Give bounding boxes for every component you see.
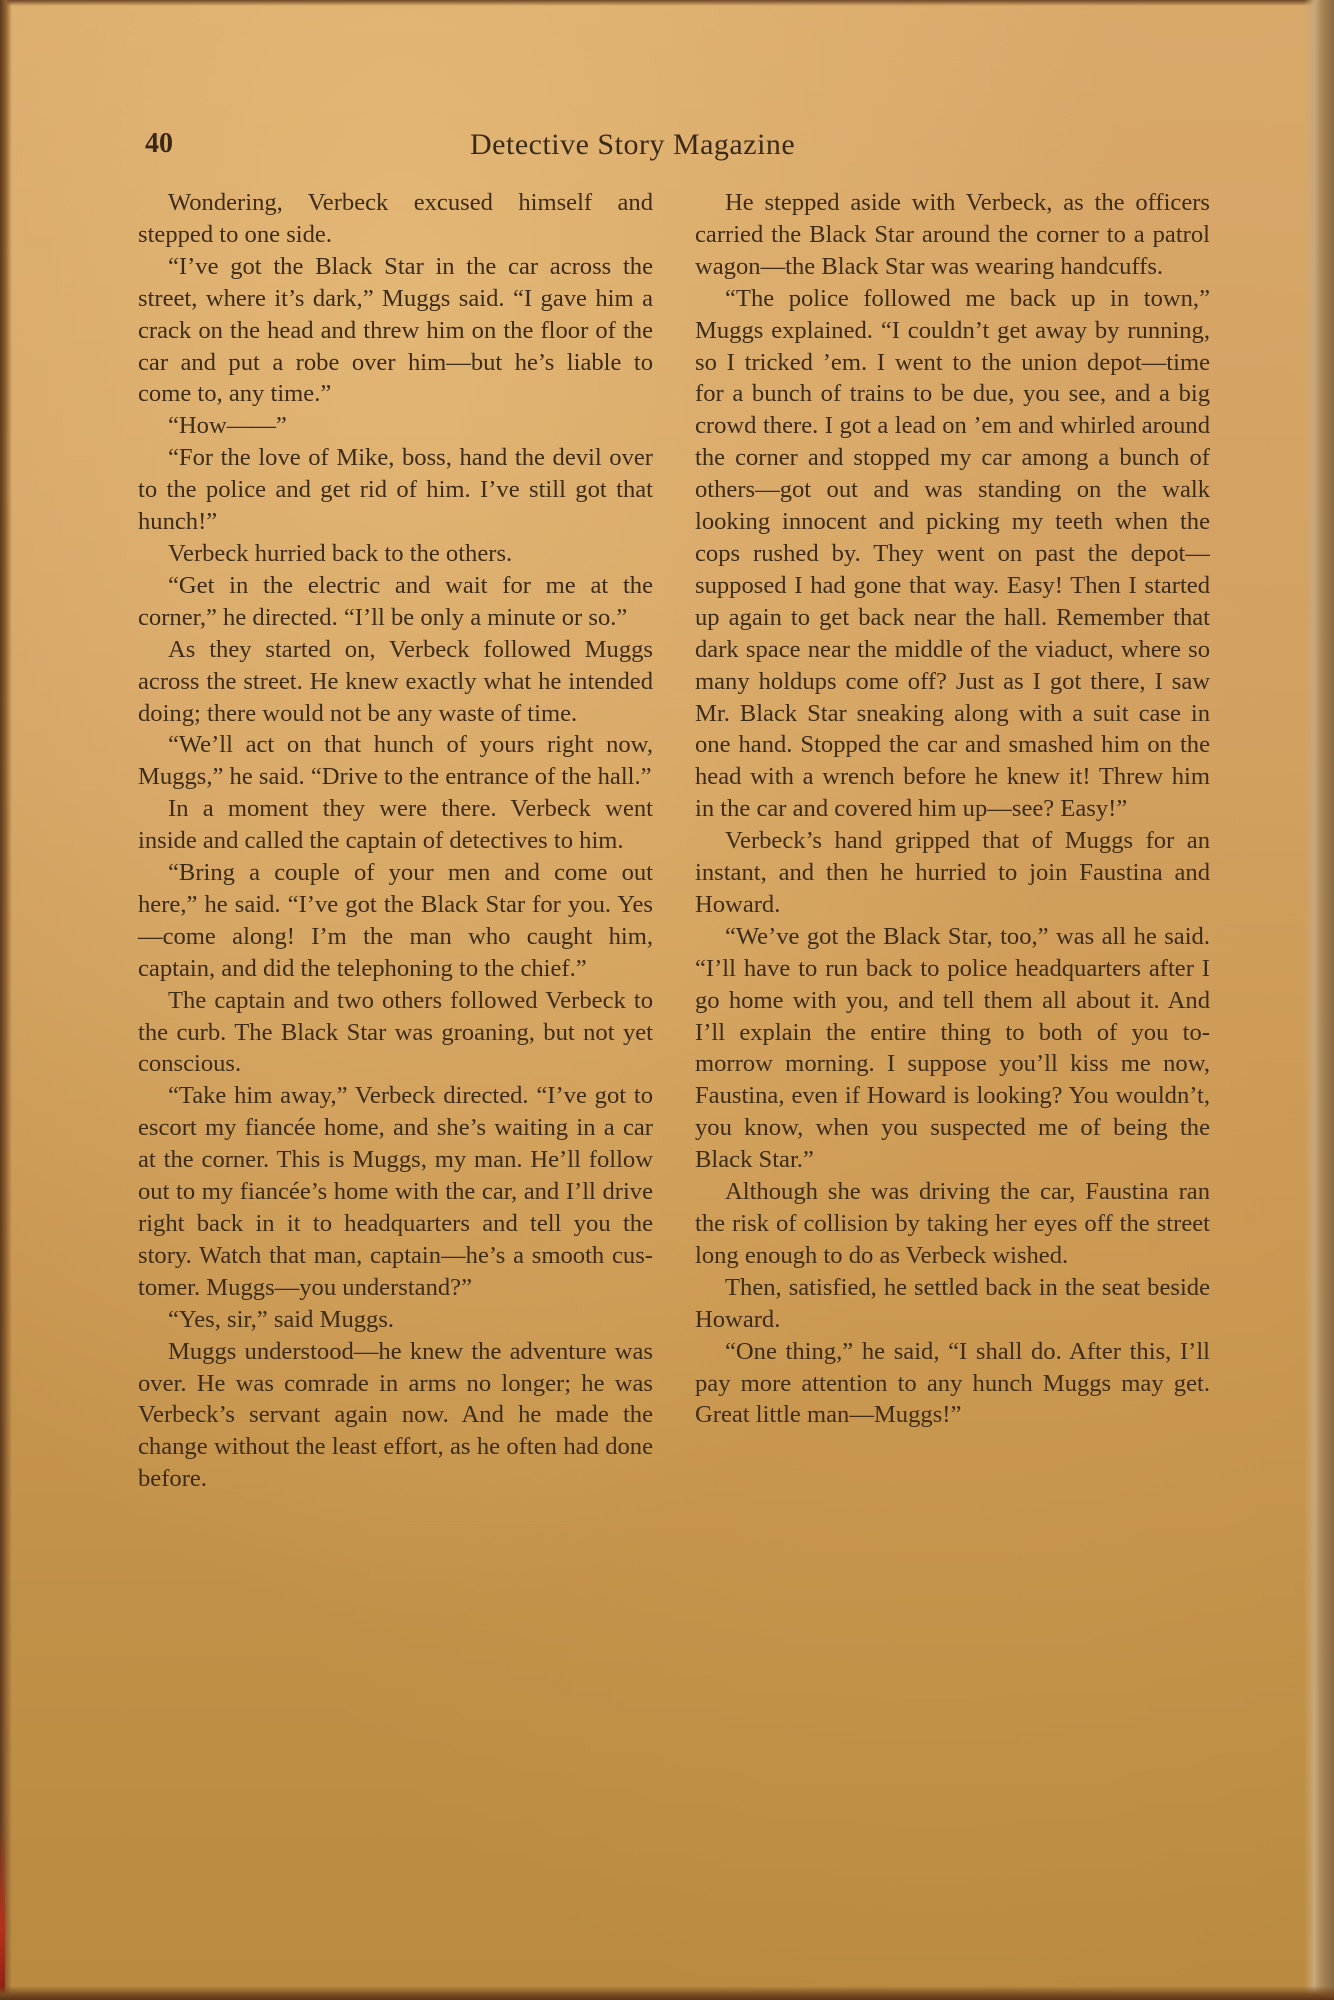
paragraph: In a moment they were there. Ver­beck we…: [138, 793, 653, 857]
paragraph: Although she was driving the car, Fausti…: [695, 1176, 1210, 1272]
text-column-right: He stepped aside with Verbeck, as the of…: [695, 187, 1210, 1431]
page-edge-top: [0, 0, 1334, 6]
paragraph: “Yes, sir,” said Muggs.: [138, 1304, 653, 1336]
paragraph: Verbeck hurried back to the others.: [138, 538, 653, 570]
paragraph: The captain and two others followed Verb…: [138, 985, 653, 1081]
paragraph: “We’ve got the Black Star, too,” was all…: [695, 921, 1210, 1176]
paragraph: As they started on, Verbeck fol­lowed Mu…: [138, 634, 653, 730]
paragraph: “Bring a couple of your men and come out…: [138, 857, 653, 985]
paragraph: “Take him away,” Verbeck directed. “I’ve…: [138, 1080, 653, 1303]
text-column-left: Wondering, Verbeck excused him­self and …: [138, 187, 653, 1495]
page-number: 40: [145, 128, 173, 160]
paragraph: He stepped aside with Verbeck, as the of…: [695, 187, 1210, 283]
running-title: Detective Story Magazine: [470, 128, 795, 162]
paragraph: “One thing,” he said, “I shall do. After…: [695, 1336, 1210, 1432]
page-edge-right: [1304, 0, 1334, 2000]
page-edge-left: [0, 0, 12, 2000]
paragraph: “How——”: [138, 410, 653, 442]
paragraph: “The police followed me back up in town,…: [695, 283, 1210, 825]
paragraph: “I’ve got the Black Star in the car acro…: [138, 251, 653, 411]
paragraph: Muggs understood—he knew the ad­venture …: [138, 1336, 653, 1496]
page-edge-stain: [0, 1820, 5, 2000]
magazine-page: 40 Detective Story Magazine Wondering, V…: [0, 0, 1334, 2000]
paragraph: “We’ll act on that hunch of yours right …: [138, 729, 653, 793]
paragraph: Verbeck’s hand gripped that of Muggs for…: [695, 825, 1210, 921]
paragraph: Then, satisfied, he settled back in the …: [695, 1272, 1210, 1336]
paragraph: Wondering, Verbeck excused him­self and …: [138, 187, 653, 251]
paragraph: “For the love of Mike, boss, hand the de…: [138, 442, 653, 538]
paragraph: “Get in the electric and wait for me at …: [138, 570, 653, 634]
page-edge-bottom: [0, 1986, 1334, 2000]
running-header: 40 Detective Story Magazine: [145, 128, 1220, 168]
